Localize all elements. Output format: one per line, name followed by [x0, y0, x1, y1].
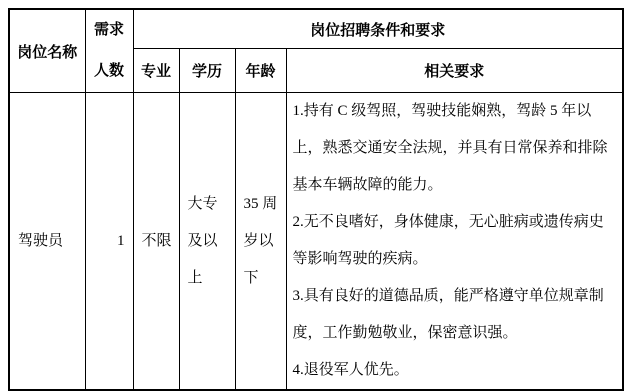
recruitment-table: 岗位名称 需求人数 岗位招聘条件和要求 专业 学历 年龄 相关要求 驾驶员 1 …: [8, 8, 624, 391]
header-education: 学历: [179, 49, 235, 93]
header-age: 年龄: [235, 49, 286, 93]
cell-major: 不限: [133, 93, 179, 391]
header-demand-count: 需求人数: [85, 9, 133, 93]
requirement-item: 4.退役军人优先。: [293, 352, 617, 389]
header-position-name: 岗位名称: [9, 9, 85, 93]
cell-position-name: 驾驶员: [9, 93, 85, 391]
cell-age: 35 周岁以下: [235, 93, 286, 391]
header-conditions-group: 岗位招聘条件和要求: [133, 9, 623, 49]
requirement-item: 1.持有 C 级驾照，驾驶技能娴熟，驾龄 5 年以上，熟悉交通安全法规，并具有日…: [293, 93, 617, 204]
header-row-1: 岗位名称 需求人数 岗位招聘条件和要求: [9, 9, 623, 49]
header-related-requirements: 相关要求: [286, 49, 623, 93]
cell-education: 大专及以上: [179, 93, 235, 391]
table-row: 驾驶员 1 不限 大专及以上 35 周岁以下 1.持有 C 级驾照，驾驶技能娴熟…: [9, 93, 623, 391]
cell-requirements: 1.持有 C 级驾照，驾驶技能娴熟，驾龄 5 年以上，熟悉交通安全法规，并具有日…: [286, 93, 623, 391]
cell-demand-count: 1: [85, 93, 133, 391]
header-major: 专业: [133, 49, 179, 93]
requirement-item: 2.无不良嗜好，身体健康，无心脏病或遗传病史等影响驾驶的疾病。: [293, 204, 617, 278]
requirement-item: 3.具有良好的道德品质，能严格遵守单位规章制度，工作勤勉敬业，保密意识强。: [293, 278, 617, 352]
